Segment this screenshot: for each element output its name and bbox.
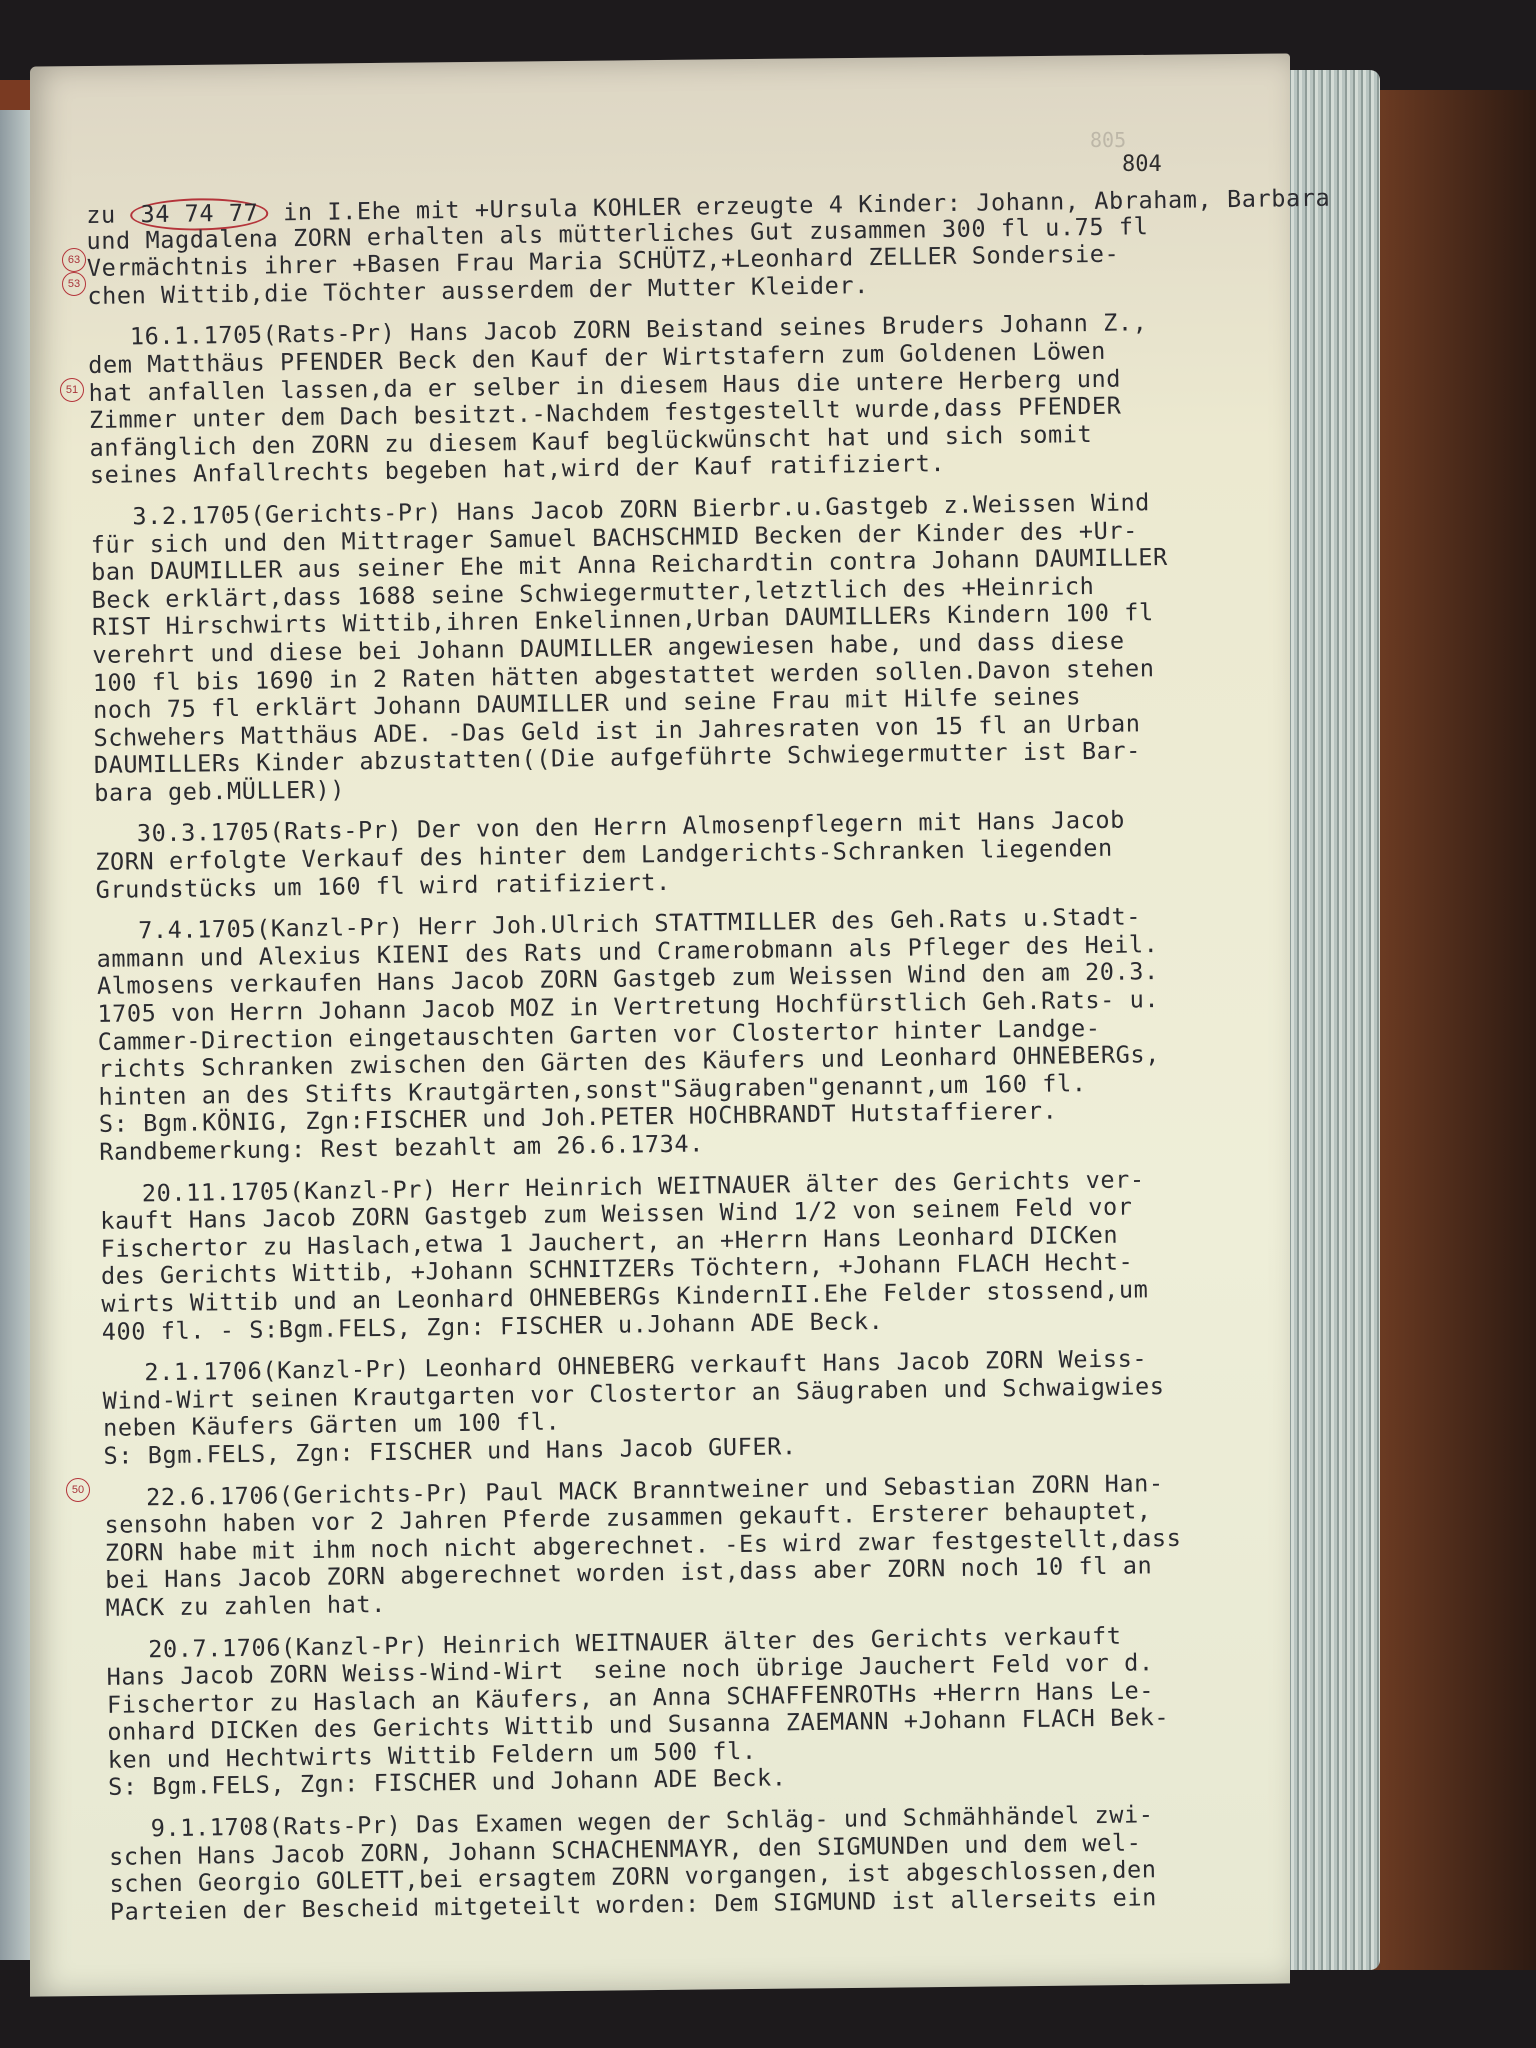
bleed-through-page-number: 805 — [1090, 128, 1126, 152]
entry-paragraph: zu 34 74 77 in I.Ehe mit +Ursula KOHLER … — [86, 183, 1297, 310]
margin-annotation: 63 — [62, 248, 86, 272]
entry-paragraph: 2.1.1706(Kanzl-Pr) Leonhard OHNEBERG ver… — [102, 1343, 1313, 1470]
margin-annotation: 50 — [66, 1478, 90, 1502]
prefix-text: zu — [86, 200, 131, 229]
margin-annotation: 53 — [62, 272, 86, 296]
entry-paragraph: 16.1.1705(Rats-Pr) Hans Jacob ZORN Beist… — [88, 307, 1300, 489]
margin-annotation: 51 — [60, 378, 84, 402]
entry-paragraph: 20.11.1705(Kanzl-Pr) Herr Heinrich WEITN… — [100, 1164, 1312, 1346]
entry-paragraph: 3.2.1705(Gerichts-Pr) Hans Jacob ZORN Bi… — [90, 487, 1304, 807]
entry-paragraph: 9.1.1708(Rats-Pr) Das Examen wegen der S… — [109, 1799, 1320, 1926]
page-number: 804 — [1122, 152, 1162, 177]
entry-paragraph: 22.6.1706(Gerichts-Pr) Paul MACK Branntw… — [104, 1468, 1316, 1623]
typewritten-text-body: zu 34 74 77 in I.Ehe mit +Ursula KOHLER … — [86, 183, 1320, 1940]
entry-paragraph: 20.7.1706(Kanzl-Pr) Heinrich WEITNAUER ä… — [106, 1619, 1318, 1801]
entry-paragraph: 7.4.1705(Kanzl-Pr) Herr Joh.Ulrich STATT… — [96, 901, 1309, 1166]
